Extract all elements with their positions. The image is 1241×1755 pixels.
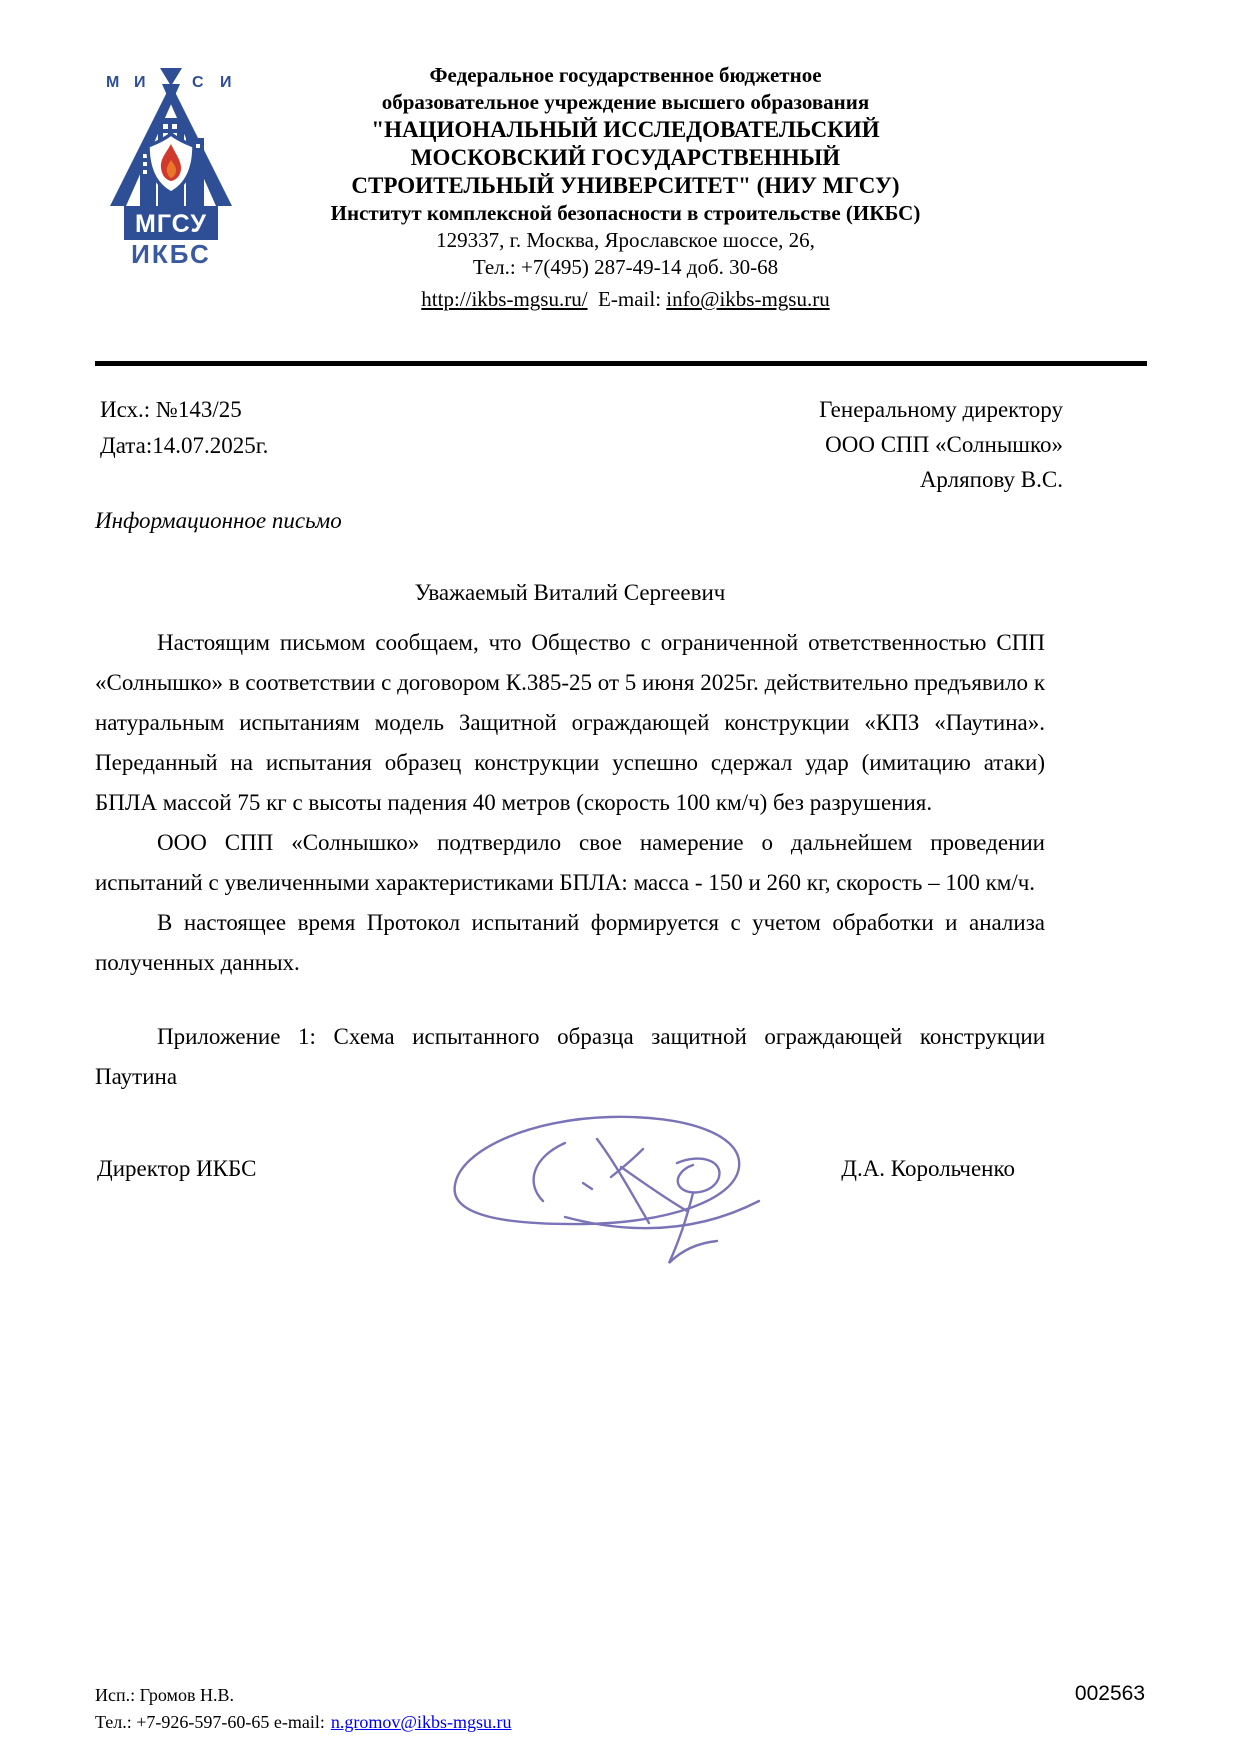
letterhead: М И С И — [0, 0, 1241, 313]
org-line-2: образовательное учреждение высшего образ… — [250, 89, 1001, 116]
addressee-name: Арляпову В.С. — [819, 462, 1063, 497]
institute-line: Институт комплексной безопасности в стро… — [250, 200, 1001, 227]
logo-letter-i1: И — [134, 74, 146, 91]
executor-phone: Тел.: +7-926-597-60-65 e-mail: — [95, 1712, 325, 1732]
handwritten-signature-icon — [425, 1105, 785, 1280]
logo-peak-triangle — [160, 68, 182, 86]
signature-block: Директор ИКБС Д.А. Корольченко — [95, 1121, 1045, 1316]
paragraph-2: ООО СПП «Солнышко» подтвердило свое наме… — [95, 823, 1045, 903]
addressee-company: ООО СПП «Солнышко» — [819, 427, 1063, 462]
footer: Исп.: Громов Н.В. 002563 Тел.: +7-926-59… — [95, 1682, 1145, 1733]
org-phone: Тел.: +7(495) 287-49-14 доб. 30-68 — [250, 254, 1001, 281]
letter-page: М И С И — [0, 0, 1241, 1755]
executor-email-link[interactable]: n.gromov@ikbs-mgsu.ru — [331, 1712, 512, 1732]
logo-icon: М И С И — [95, 60, 247, 265]
logo-letter-m: М — [106, 74, 119, 91]
email-label: E-mail: — [598, 287, 661, 311]
org-line-1: Федеральное государственное бюджетное — [250, 62, 1001, 89]
reference-block: Исх.: №143/25 Дата:14.07.2025г. Генераль… — [100, 392, 1063, 497]
attachment-line: Приложение 1: Схема испытанного образца … — [95, 1017, 1045, 1097]
header-divider — [95, 361, 1147, 366]
logo-letter-i2: И — [220, 74, 232, 91]
logo-mgsu-text: МГСУ — [135, 210, 207, 238]
org-line-3: "НАЦИОНАЛЬНЫЙ ИССЛЕДОВАТЕЛЬСКИЙ — [250, 116, 1001, 144]
letter-type-label: Информационное письмо — [95, 505, 1241, 537]
addressee-position: Генеральному директору — [819, 392, 1063, 427]
logo-ikbs-text: ИКБС — [131, 239, 211, 265]
paragraph-3: В настоящее время Протокол испытаний фор… — [95, 903, 1045, 983]
outgoing-block: Исх.: №143/25 Дата:14.07.2025г. — [100, 392, 268, 497]
org-address: 129337, г. Москва, Ярославское шоссе, 26… — [250, 227, 1001, 254]
paragraph-1: Настоящим письмом сообщаем, что Общество… — [95, 623, 1045, 823]
mgsu-ikbs-logo: М И С И — [95, 60, 247, 265]
org-line-5: СТРОИТЕЛЬНЫЙ УНИВЕРСИТЕТ" (НИУ МГСУ) — [250, 172, 1001, 200]
letter-body: Уважаемый Виталий Сергеевич Настоящим пи… — [95, 573, 1045, 1316]
greeting-line: Уважаемый Виталий Сергеевич — [95, 573, 1045, 613]
org-contacts-line: http://ikbs-mgsu.ru/ E-mail: info@ikbs-m… — [250, 286, 1001, 313]
outgoing-date: Дата:14.07.2025г. — [100, 428, 268, 464]
executor-name: Исп.: Громов Н.В. — [95, 1685, 234, 1706]
addressee-block: Генеральному директору ООО СПП «Солнышко… — [819, 392, 1063, 497]
org-email-link[interactable]: info@ikbs-mgsu.ru — [666, 287, 829, 311]
logo-letter-s: С — [192, 74, 204, 91]
signer-position: Директор ИКБС — [97, 1149, 256, 1189]
org-line-4: МОСКОВСКИЙ ГОСУДАРСТВЕННЫЙ — [250, 144, 1001, 172]
site-link[interactable]: http://ikbs-mgsu.ru/ — [421, 287, 587, 311]
doc-registration-number: 002563 — [1075, 1682, 1145, 1706]
signer-name: Д.А. Корольченко — [841, 1149, 1015, 1189]
outgoing-number: Исх.: №143/25 — [100, 392, 268, 428]
org-name-block: Федеральное государственное бюджетное об… — [250, 62, 1001, 313]
